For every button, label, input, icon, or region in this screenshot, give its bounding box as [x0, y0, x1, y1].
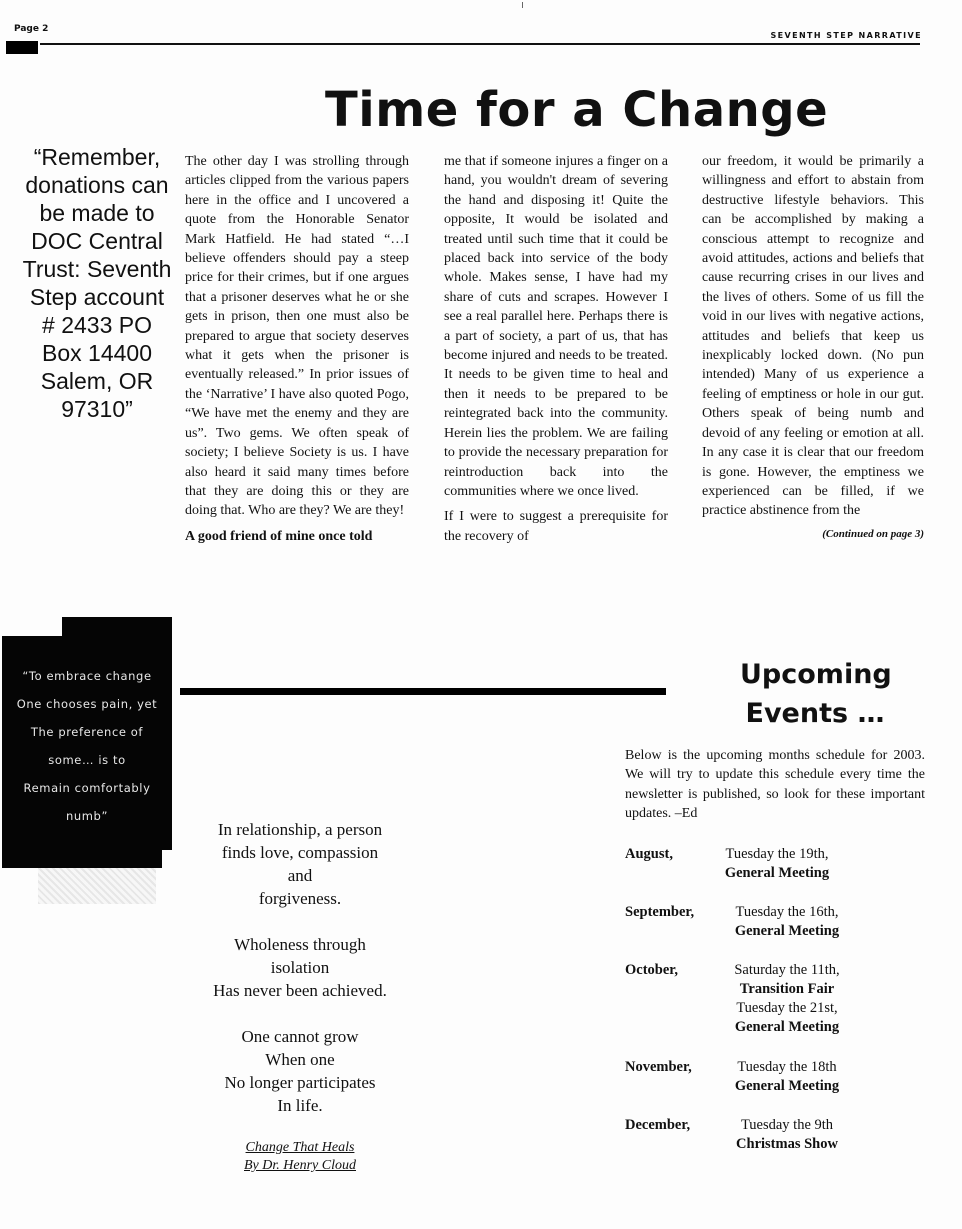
event-name: General Meeting	[717, 1077, 857, 1096]
event-details: Tuesday the 16th, General Meeting	[717, 903, 857, 941]
poem-line: finds love, compassion	[180, 841, 420, 864]
page-marker-block	[6, 41, 38, 54]
article-column-3: our freedom, it would be primarily a wil…	[702, 152, 924, 544]
event-name: Christmas Show	[717, 1135, 857, 1154]
article-paragraph: A good friend of mine once told	[185, 527, 409, 546]
poem-line: No longer participates	[180, 1071, 420, 1094]
event-name: General Meeting	[717, 1018, 857, 1037]
event-details: Tuesday the 19th, General Meeting	[707, 845, 847, 883]
poem-credit: Change That Heals By Dr. Henry Cloud	[180, 1139, 420, 1175]
event-details: Tuesday the 9th Christmas Show	[717, 1116, 857, 1154]
section-divider	[180, 688, 666, 695]
poem-line: and	[180, 864, 420, 887]
pull-quote-line: The preference of	[8, 718, 166, 746]
event-date: Tuesday the 21st,	[717, 999, 857, 1018]
continued-on-link[interactable]: (Continued on page 3)	[702, 525, 924, 544]
article-title: Time for a Change	[325, 80, 828, 140]
article-paragraph: our freedom, it would be primarily a wil…	[702, 152, 924, 521]
event-month: August,	[625, 845, 673, 864]
events-heading: Upcoming Events …	[740, 655, 890, 733]
poem-stanza: Wholeness through isolation Has never be…	[180, 933, 420, 1002]
page-number: Page 2	[14, 24, 48, 34]
poem-line: forgiveness.	[180, 887, 420, 910]
poem-stanza: One cannot grow When one No longer parti…	[180, 1025, 420, 1117]
poem: In relationship, a person finds love, co…	[180, 818, 420, 1175]
poem-line: isolation	[180, 956, 420, 979]
event-month: September,	[625, 903, 694, 922]
poem-source-title: Change That Heals	[180, 1139, 420, 1157]
article-paragraph: The other day I was strolling through ar…	[185, 152, 409, 521]
event-date: Tuesday the 16th,	[717, 903, 857, 922]
event-date: Tuesday the 19th,	[707, 845, 847, 864]
events-heading-line: Events …	[740, 694, 890, 733]
event-date: Tuesday the 9th	[717, 1116, 857, 1135]
events-heading-line: Upcoming	[740, 655, 890, 694]
pull-quote-line: “To embrace change	[8, 662, 166, 690]
event-month: October,	[625, 961, 678, 980]
event-date: Tuesday the 18th	[717, 1058, 857, 1077]
scan-noise-decoration	[38, 868, 156, 904]
event-month: November,	[625, 1058, 692, 1077]
article-paragraph: If I were to suggest a prerequisite for …	[444, 507, 668, 546]
poem-line: One cannot grow	[180, 1025, 420, 1048]
scan-mark	[522, 2, 523, 8]
poem-line: When one	[180, 1048, 420, 1071]
poem-stanza: In relationship, a person finds love, co…	[180, 818, 420, 910]
pull-quote-line: numb”	[8, 802, 166, 830]
event-date: Saturday the 11th,	[717, 961, 857, 980]
events-intro: Below is the upcoming months schedule fo…	[625, 746, 925, 824]
masthead: SEVENTH STEP NARRATIVE	[770, 31, 922, 40]
article-column-1: The other day I was strolling through ar…	[185, 152, 409, 552]
pull-quote-line: One chooses pain, yet	[8, 690, 166, 718]
poem-line: In relationship, a person	[180, 818, 420, 841]
event-month: December,	[625, 1116, 690, 1135]
pull-quote: “To embrace change One chooses pain, yet…	[8, 662, 166, 830]
event-name: General Meeting	[717, 922, 857, 941]
poem-line: In life.	[180, 1094, 420, 1117]
poem-source-author: By Dr. Henry Cloud	[180, 1157, 420, 1175]
poem-line: Wholeness through	[180, 933, 420, 956]
event-name: General Meeting	[707, 864, 847, 883]
poem-line: Has never been achieved.	[180, 979, 420, 1002]
article-paragraph: me that if someone injures a finger on a…	[444, 152, 668, 501]
pull-quote-line: Remain comfortably	[8, 774, 166, 802]
event-details: Tuesday the 18th General Meeting	[717, 1058, 857, 1096]
header-rule	[40, 43, 920, 45]
event-details: Saturday the 11th, Transition Fair Tuesd…	[717, 961, 857, 1037]
pull-quote-line: some… is to	[8, 746, 166, 774]
event-name: Transition Fair	[717, 980, 857, 999]
donation-note: “Remember, donations can be made to DOC …	[22, 143, 172, 423]
article-column-2: me that if someone injures a finger on a…	[444, 152, 668, 552]
